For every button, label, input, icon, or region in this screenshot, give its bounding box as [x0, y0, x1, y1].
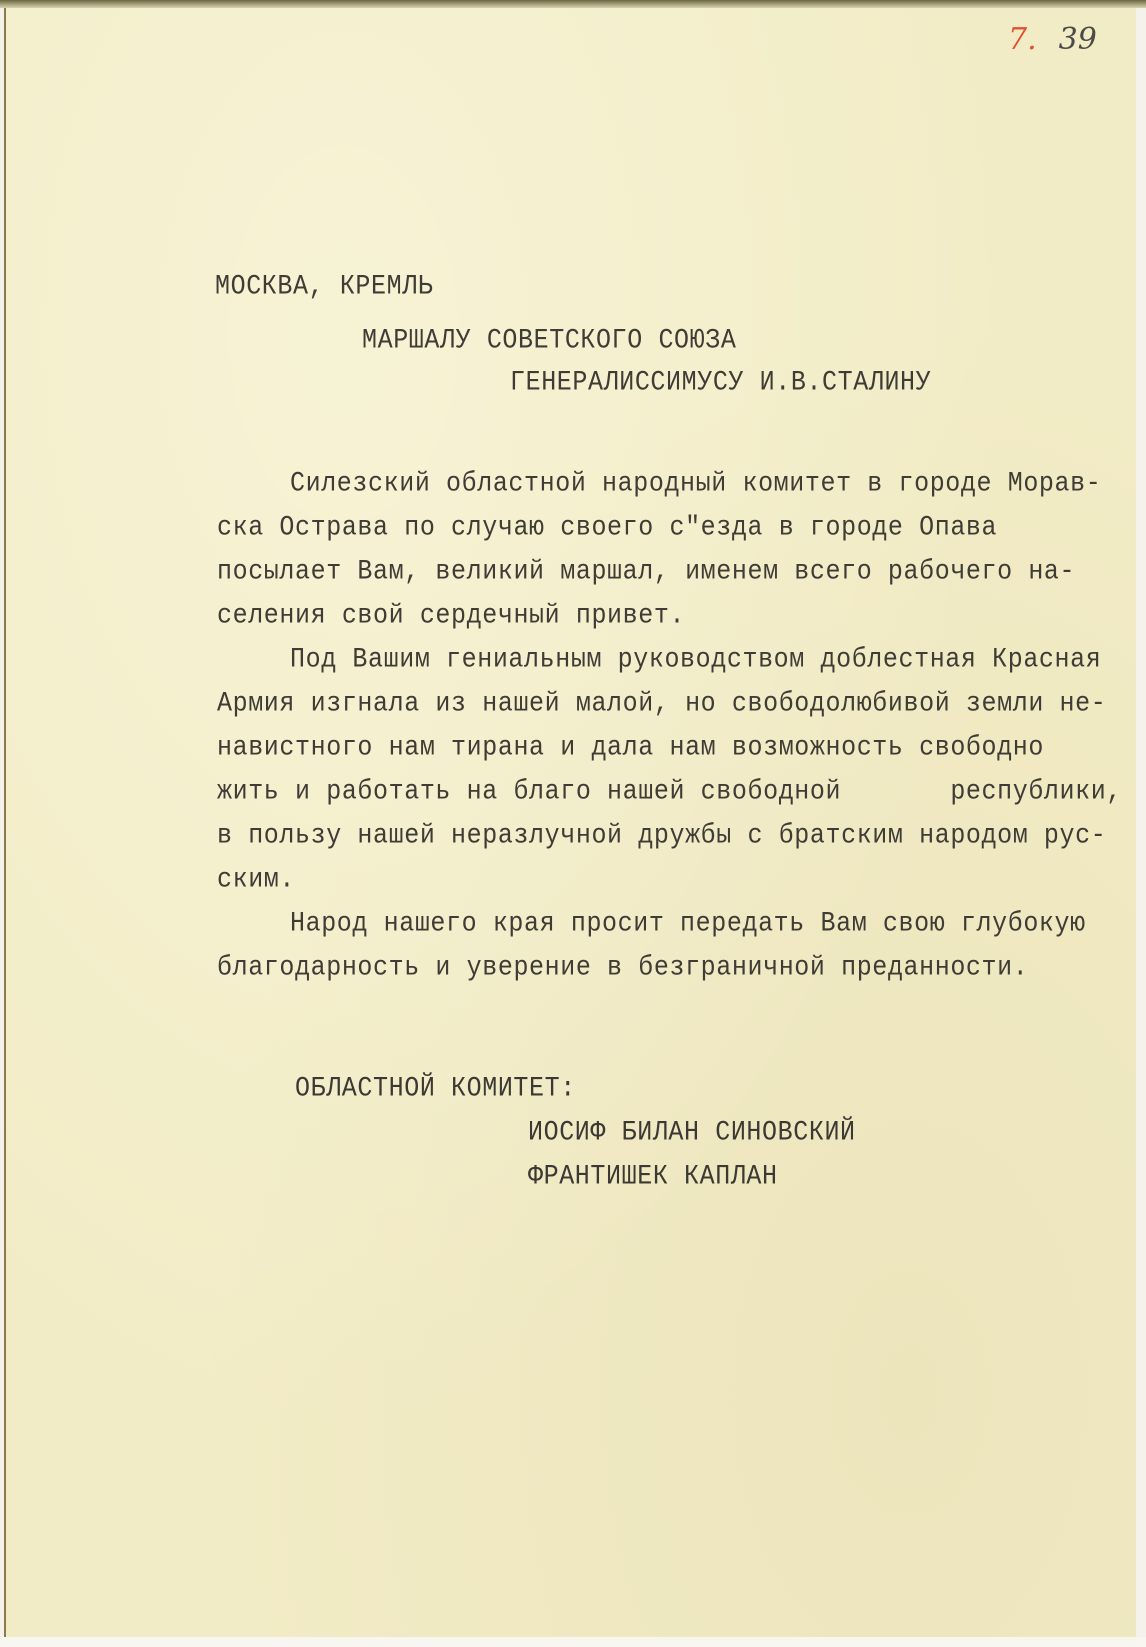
body-line: навистного нам тирана и дала нам возможн… [217, 731, 1044, 763]
signature-committee: ОБЛАСТНОЙ КОМИТЕТ: [295, 1072, 576, 1104]
body-line: Под Вашим гениальным руководством доблес… [290, 643, 1101, 675]
body-line: ским. [217, 863, 295, 895]
red-page-mark: 7. [1008, 22, 1037, 57]
body-line: Армия изгнала из нашей малой, но свободо… [217, 687, 1106, 719]
signer-1: ИОСИФ БИЛАН СИНОВСКИЙ [528, 1116, 856, 1148]
signer-2: ФРАНТИШЕК КАПЛАН [528, 1160, 778, 1192]
body-line: жить и работать на благо нашей свободной… [217, 775, 1122, 807]
body-line: селения свой сердечный привет. [217, 599, 685, 631]
body-line: в пользу нашей неразлучной дружбы с брат… [217, 819, 1106, 851]
body-line: Народ нашего края просит передать Вам св… [290, 907, 1086, 939]
scan-bottom-edge [0, 1637, 1146, 1647]
address-location: МОСКВА, КРЕМЛЬ [215, 270, 433, 302]
body-line: ска Острава по случаю своего с"езда в го… [217, 511, 997, 543]
body-line: благодарность и уверение в безграничной … [217, 951, 1028, 983]
page-number: 7. 39 [1008, 22, 1097, 57]
archive-page-number: 39 [1059, 22, 1097, 57]
scan-top-edge [0, 0, 1146, 8]
body-line: посылает Вам, великий маршал, именем все… [217, 555, 1075, 587]
recipient-line-2: ГЕНЕРАЛИССИМУСУ И.В.СТАЛИНУ [510, 366, 931, 398]
body-line: Силезский областной народный комитет в г… [290, 467, 1101, 499]
recipient-line-1: МАРШАЛУ СОВЕТСКОГО СОЮЗА [362, 324, 736, 356]
